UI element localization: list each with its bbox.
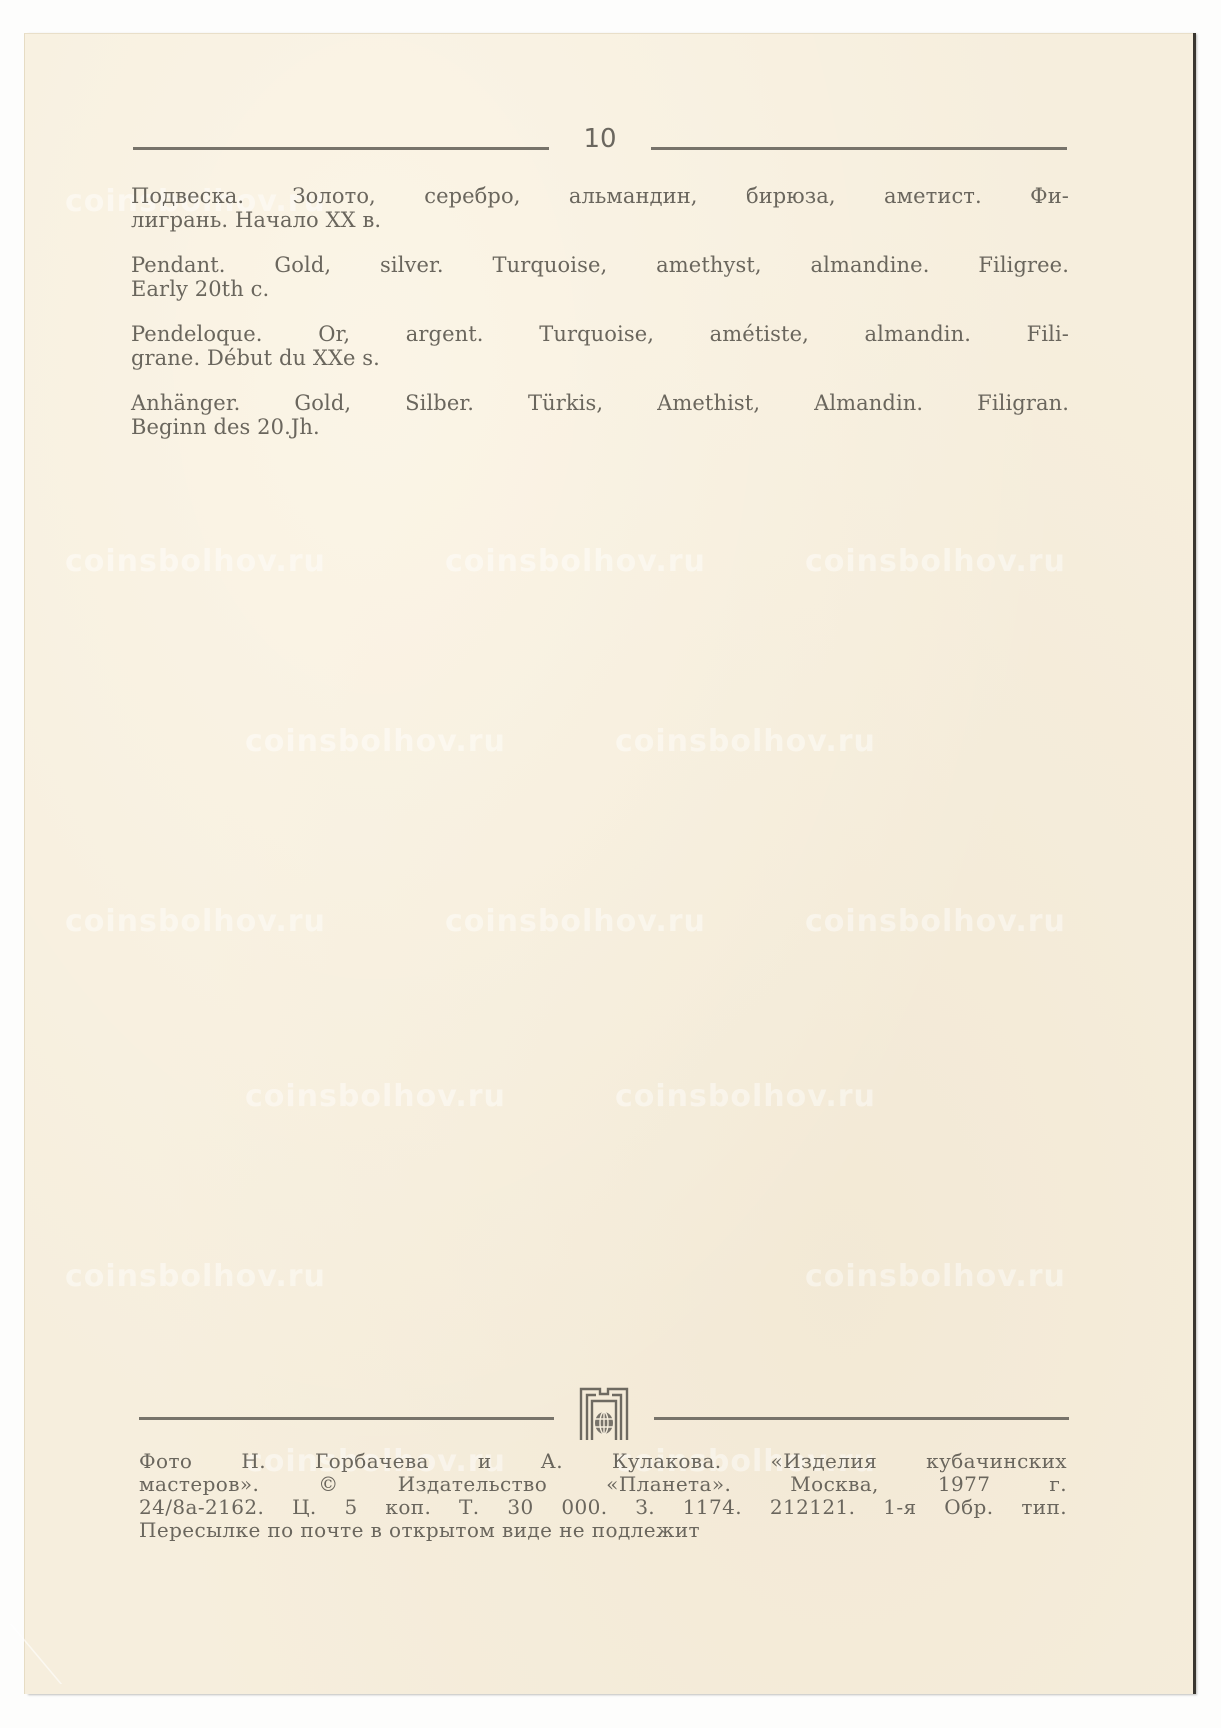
imprint-line: 24/8а-2162. Ц. 5 коп. Т. 30 000. З. 1174…: [139, 1496, 1067, 1519]
caption-line: Early 20th c.: [131, 277, 1069, 301]
footer-rule-left: [139, 1417, 554, 1420]
caption-english: Pendant. Gold, silver. Turquoise, amethy…: [131, 253, 1069, 301]
caption-line: grane. Début du XXe s.: [131, 346, 1069, 370]
imprint-line: Фото Н. Горбачева и А. Кулакова. «Издели…: [139, 1450, 1067, 1473]
watermark: coinsbolhov.ru: [245, 1079, 506, 1114]
caption-line: Anhänger. Gold, Silber. Türkis, Amethist…: [131, 391, 1069, 415]
watermark: coinsbolhov.ru: [615, 1079, 876, 1114]
caption-line: Подвеска. Золото, серебро, альмандин, би…: [131, 184, 1069, 208]
page-number: 10: [579, 124, 621, 154]
planeta-globe-logo-icon: [578, 1385, 630, 1441]
watermark: coinsbolhov.ru: [615, 724, 876, 759]
watermark: coinsbolhov.ru: [245, 724, 506, 759]
imprint-line: Пересылке по почте в открытом виде не по…: [139, 1519, 1067, 1542]
imprint-line: мастеров». © Издательство «Планета». Мос…: [139, 1473, 1067, 1496]
caption-russian: Подвеска. Золото, серебро, альмандин, би…: [131, 184, 1069, 232]
header-rule-left: [133, 147, 549, 150]
footer-rule-right: [654, 1417, 1069, 1420]
watermark: coinsbolhov.ru: [805, 544, 1066, 579]
caption-line: Pendant. Gold, silver. Turquoise, amethy…: [131, 253, 1069, 277]
caption-line: лигрань. Начало XX в.: [131, 208, 1069, 232]
watermark: coinsbolhov.ru: [65, 904, 326, 939]
publisher-imprint: Фото Н. Горбачева и А. Кулакова. «Издели…: [139, 1450, 1067, 1542]
caption-line: Beginn des 20.Jh.: [131, 415, 1069, 439]
watermark: coinsbolhov.ru: [445, 544, 706, 579]
postcard-back: coinsbolhov.ru coinsbolhov.ru coinsbolho…: [24, 33, 1193, 1694]
watermark: coinsbolhov.ru: [445, 904, 706, 939]
caption-french: Pendeloque. Or, argent. Turquoise, améti…: [131, 322, 1069, 370]
header-rule-right: [651, 147, 1067, 150]
watermark: coinsbolhov.ru: [805, 1259, 1066, 1294]
caption-german: Anhänger. Gold, Silber. Türkis, Amethist…: [131, 391, 1069, 439]
watermark: coinsbolhov.ru: [65, 544, 326, 579]
watermark: coinsbolhov.ru: [65, 1259, 326, 1294]
watermark: coinsbolhov.ru: [805, 904, 1066, 939]
caption-line: Pendeloque. Or, argent. Turquoise, améti…: [131, 322, 1069, 346]
corner-crease: [10, 1624, 102, 1684]
